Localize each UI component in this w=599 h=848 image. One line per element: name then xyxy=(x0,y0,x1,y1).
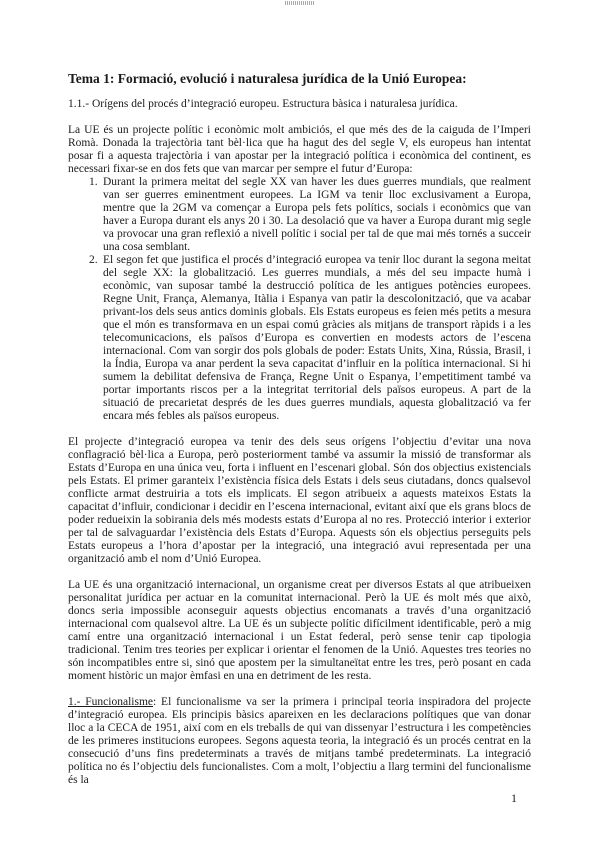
page-title: Tema 1: Formació, evolució i naturalesa … xyxy=(68,71,531,86)
functionalism-paragraph: 1.- Funcionalisme: El funcionalisme va s… xyxy=(68,696,531,787)
list-item: 1. Durant la primera meitat del segle XX… xyxy=(68,176,531,254)
functionalism-text: : El funcionalisme va ser la primera i p… xyxy=(68,696,531,786)
page-number: 1 xyxy=(511,791,517,806)
list-item-number: 1. xyxy=(89,176,103,254)
section-heading: 1.1.- Orígens del procés d’integració eu… xyxy=(68,98,531,111)
document-page: Tema 1: Formació, evolució i naturalesa … xyxy=(0,0,599,848)
functionalism-term: 1.- Funcionalisme xyxy=(68,696,153,708)
header-tiny-text-mark xyxy=(285,1,314,5)
list-item: 2. El segon fet que justifica el procés … xyxy=(68,254,531,423)
list-item-number: 2. xyxy=(89,254,103,423)
list-item-text: El segon fet que justifica el procés d’i… xyxy=(103,254,531,423)
legal-nature-paragraph: La UE és una organització internacional,… xyxy=(68,579,531,683)
numbered-list: 1. Durant la primera meitat del segle XX… xyxy=(68,176,531,423)
list-item-text: Durant la primera meitat del segle XX va… xyxy=(103,176,531,254)
document-content: Tema 1: Formació, evolució i naturalesa … xyxy=(68,71,531,800)
intro-paragraph: La UE és un projecte polític i econòmic … xyxy=(68,124,531,176)
objectives-paragraph: El projecte d’integració europea va teni… xyxy=(68,436,531,566)
